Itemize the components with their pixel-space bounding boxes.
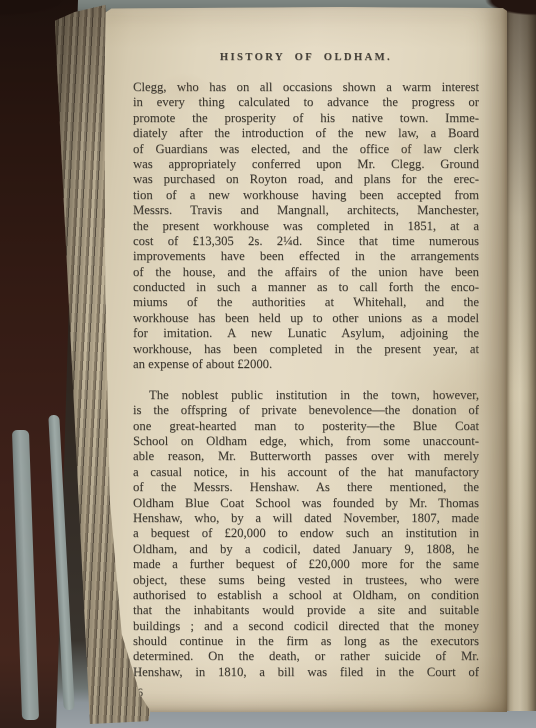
adjacent-page-edge [505,5,536,711]
text-line: workhouse, has been completed in the pre… [133,342,479,357]
text-line: Oldham Blue Coat School was founded by M… [133,496,479,511]
running-header: HISTORY OF OLDHAM. [133,51,479,64]
text-line: is the offspring of private benevolence—… [133,403,479,418]
text-line: improvements have been effected in the a… [133,249,479,264]
text-line: should continue in the firm as long as t… [133,634,479,649]
text-line: a bequest of £20,000 to endow such an in… [133,526,479,541]
text-line: authorised to establish a school at Oldh… [133,588,479,603]
text-line: workhouse has been held up to other unio… [133,311,479,326]
text-line: a casual notice, in his account of the h… [133,465,479,480]
text-line: Henshaw, in 1810, a bill was filed in th… [133,665,479,680]
text-line: that the inhabitants would provide a sit… [133,603,479,618]
text-line: Henshaw, who, by a will dated November, … [133,511,479,526]
text-line: of the Messrs. Henshaw. As there mention… [133,480,479,495]
text-line: promote the prosperity of his native tow… [133,111,479,126]
paragraph-1: Clegg, who has on all occasions shown a … [133,80,479,372]
cover-corner-top-left [0,0,115,30]
text-line: conducted in such a manner as to call fo… [133,280,479,295]
text-line: for imitation. A new Lunatic Asylum, adj… [133,326,479,341]
text-line: was appropriately conferred upon Mr. Cle… [133,157,479,172]
page-body: Clegg, who has on all occasions shown a … [133,80,479,680]
text-line: in every thing calculated to advance the… [133,95,479,110]
text-line: Clegg, who has on all occasions shown a … [133,80,479,95]
text-line: was purchased on Royton road, and plans … [133,172,479,187]
text-line: diately after the introduction of the ne… [133,126,479,141]
text-line: The noblest public institution in the to… [133,388,479,403]
page-content: HISTORY OF OLDHAM. Clegg, who has on all… [133,46,479,700]
text-line: buildings ; and a second codicil directe… [133,619,479,634]
text-line: Oldham, and by a codicil, dated January … [133,542,479,557]
text-line: able reason, Mr. Butterworth passes over… [133,449,479,464]
text-line: Messrs. Travis and Mangnall, architects,… [133,203,479,218]
paragraph-2: The noblest public institution in the to… [133,388,479,680]
text-line: School on Oldham edge, which, from some … [133,434,479,449]
page-number: 236 [123,685,479,700]
text-line: determined. On the death, or rather suic… [133,649,479,664]
book-page: HISTORY OF OLDHAM. Clegg, who has on all… [95,6,507,712]
text-line: object, these sums being vested in trust… [133,573,479,588]
text-line: the present workhouse was completed in 1… [133,219,479,234]
text-line: made a further bequest of £20,000 more f… [133,557,479,572]
text-line: an expense of about £2000. [133,357,479,372]
text-line: miums of the authorities at Whitehall, a… [133,295,479,310]
text-line: tion of a new workhouse having been acce… [133,188,479,203]
text-line: of Guardians was elected, and the office… [133,142,479,157]
text-line: of the house, and the affairs of the uni… [133,265,479,280]
text-line: cost of £13,305 2s. 2¼d. Since that time… [133,234,479,249]
book-photo: HISTORY OF OLDHAM. Clegg, who has on all… [0,0,536,728]
text-line: one great-hearted man to posterity—the B… [133,419,479,434]
